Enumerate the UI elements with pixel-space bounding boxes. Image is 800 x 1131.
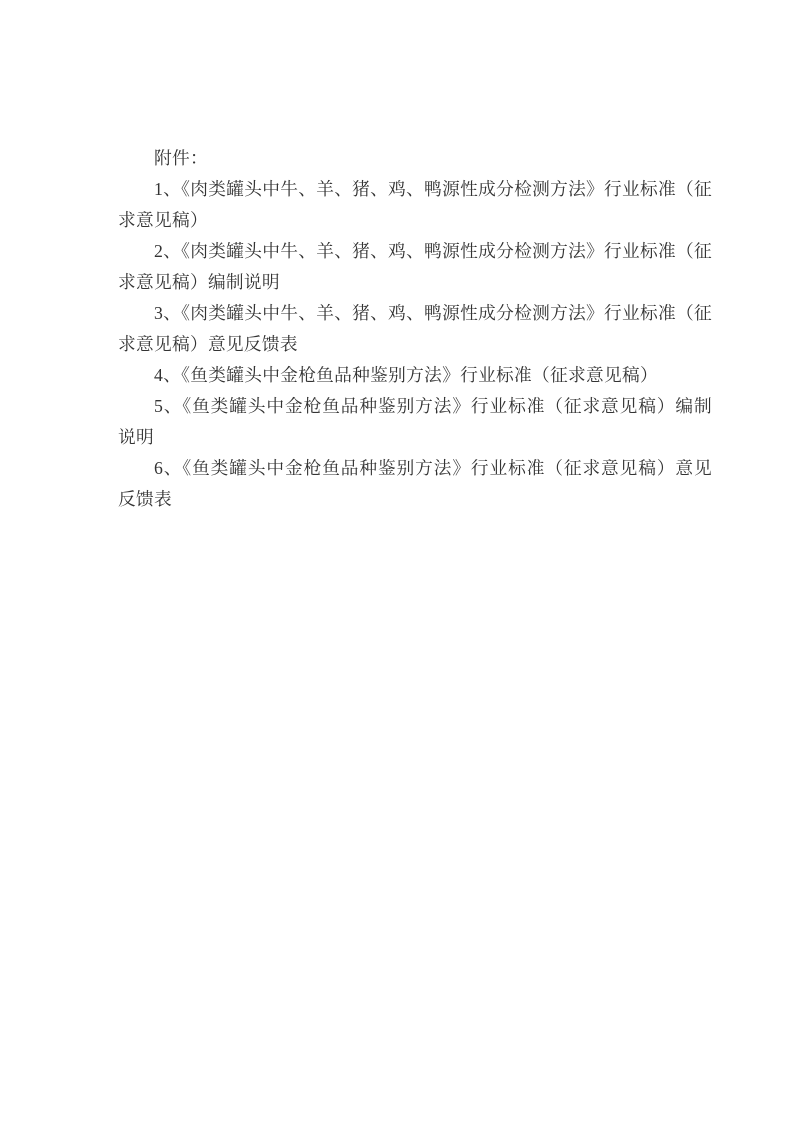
text-line: 求意见稿） [118, 205, 712, 236]
text-line: 5、《鱼类罐头中金枪鱼品种鉴别方法》行业标准（征求意见稿）编制 [118, 391, 712, 422]
attachment-item-5: 5、《鱼类罐头中金枪鱼品种鉴别方法》行业标准（征求意见稿）编制 说明 [118, 391, 712, 453]
text-line: 6、《鱼类罐头中金枪鱼品种鉴别方法》行业标准（征求意见稿）意见 [118, 453, 712, 484]
text-line: 反馈表 [118, 484, 712, 515]
attachment-item-4: 4、《鱼类罐头中金枪鱼品种鉴别方法》行业标准（征求意见稿） [118, 360, 712, 391]
text-line: 2、《肉类罐头中牛、羊、猪、鸡、鸭源性成分检测方法》行业标准（征 [118, 236, 712, 267]
text-line: 1、《肉类罐头中牛、羊、猪、鸡、鸭源性成分检测方法》行业标准（征 [118, 174, 712, 205]
text-line: 说明 [118, 422, 712, 453]
attachment-item-2: 2、《肉类罐头中牛、羊、猪、鸡、鸭源性成分检测方法》行业标准（征 求意见稿）编制… [118, 236, 712, 298]
attachment-item-1: 1、《肉类罐头中牛、羊、猪、鸡、鸭源性成分检测方法》行业标准（征 求意见稿） [118, 174, 712, 236]
attachment-label: 附件： [118, 143, 712, 174]
text-line: 求意见稿）意见反馈表 [118, 329, 712, 360]
document-page: 附件： 1、《肉类罐头中牛、羊、猪、鸡、鸭源性成分检测方法》行业标准（征 求意见… [0, 0, 800, 1131]
text-line: 4、《鱼类罐头中金枪鱼品种鉴别方法》行业标准（征求意见稿） [118, 360, 712, 391]
text-line: 3、《肉类罐头中牛、羊、猪、鸡、鸭源性成分检测方法》行业标准（征 [118, 298, 712, 329]
attachment-section: 附件： 1、《肉类罐头中牛、羊、猪、鸡、鸭源性成分检测方法》行业标准（征 求意见… [118, 143, 712, 515]
attachment-item-3: 3、《肉类罐头中牛、羊、猪、鸡、鸭源性成分检测方法》行业标准（征 求意见稿）意见… [118, 298, 712, 360]
attachment-item-6: 6、《鱼类罐头中金枪鱼品种鉴别方法》行业标准（征求意见稿）意见 反馈表 [118, 453, 712, 515]
text-line: 求意见稿）编制说明 [118, 267, 712, 298]
